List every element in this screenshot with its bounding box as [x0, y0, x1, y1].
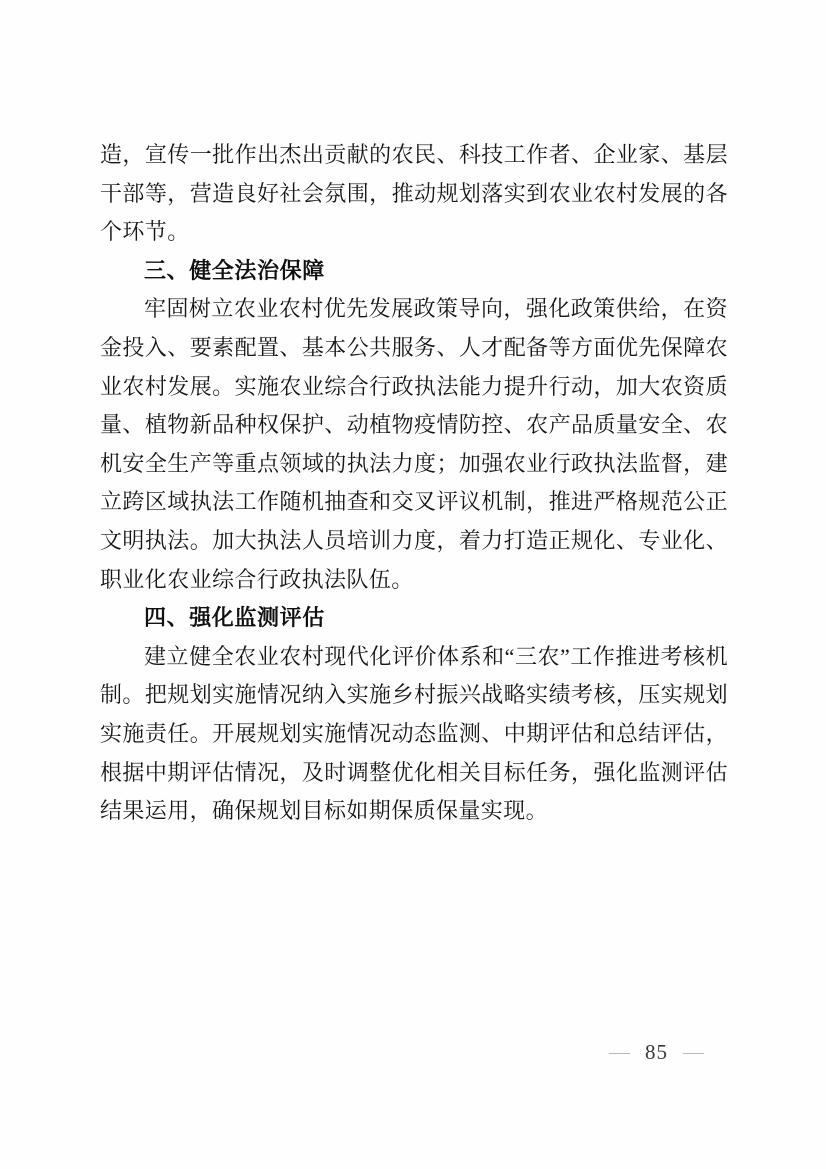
- section-heading-monitoring-evaluation: 四、强化监测评估: [100, 599, 728, 638]
- document-body: 造，宣传一批作出杰出贡献的农民、科技工作者、企业家、基层干部等，营造良好社会氛围…: [100, 136, 728, 831]
- body-paragraph: 牢固树立农业农村优先发展政策导向，强化政策供给，在资金投入、要素配置、基本公共服…: [100, 290, 728, 599]
- page-footer: — 85 —: [609, 1040, 704, 1064]
- section-heading-legal-safeguards: 三、健全法治保障: [100, 252, 728, 291]
- body-paragraph: 建立健全农业农村现代化评价体系和“三农”工作推进考核机制。把规划实施情况纳入实施…: [100, 638, 728, 831]
- footer-dash-right: —: [683, 1043, 704, 1061]
- page-number: 85: [645, 1040, 668, 1064]
- body-paragraph-continuation: 造，宣传一批作出杰出贡献的农民、科技工作者、企业家、基层干部等，营造良好社会氛围…: [100, 136, 728, 252]
- document-page: 造，宣传一批作出杰出贡献的农民、科技工作者、企业家、基层干部等，营造良好社会氛围…: [0, 0, 826, 1169]
- footer-dash-left: —: [609, 1043, 630, 1061]
